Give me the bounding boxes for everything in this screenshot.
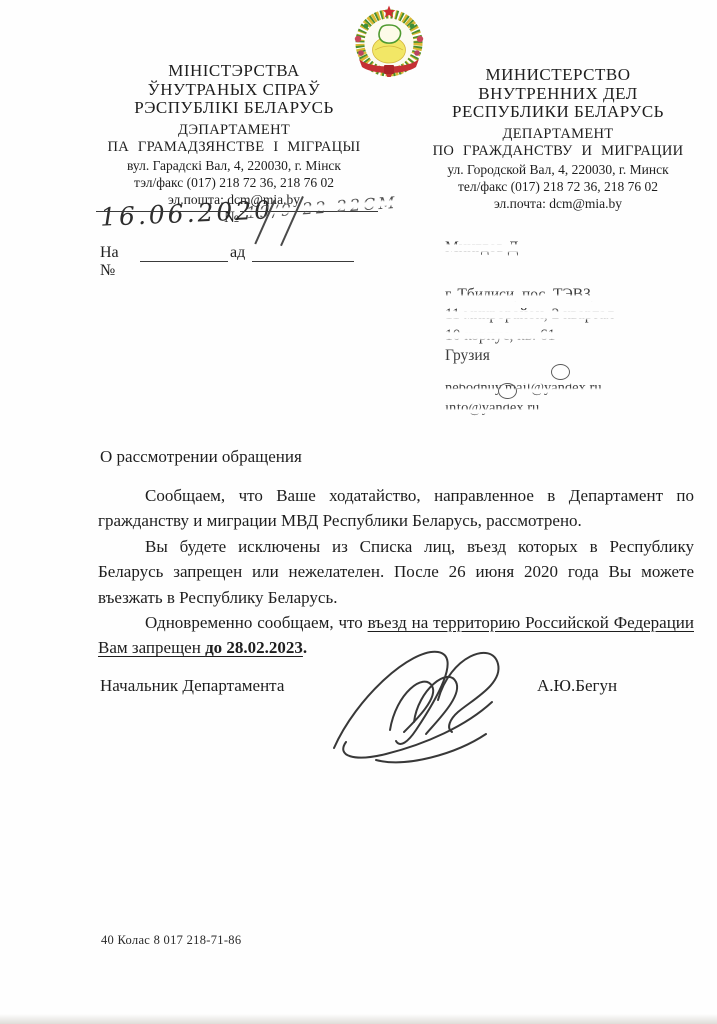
number-sign: № <box>224 209 239 227</box>
body-text: . <box>303 638 307 657</box>
dept-line: ДЭПАРТАМЕНТ <box>58 122 410 139</box>
recipient-email-redacted: info@yandex.ru <box>445 398 697 419</box>
body-paragraph: Вы будете исключены из Списка лиц, въезд… <box>98 534 694 610</box>
recipient-name-redacted: Мингдов Д <box>445 238 697 259</box>
reply-prefix-label: На № <box>100 244 119 280</box>
dept-line: ДЕПАРТАМЕНТ <box>408 126 708 143</box>
recipient-email-redacted: nebodnuy.mail@yandex.ru <box>445 378 697 399</box>
letter-body: Сообщаем, что Ваше ходатайство, направле… <box>98 483 694 661</box>
handwritten-signature <box>316 638 530 764</box>
recipient-country: Грузия <box>445 346 697 367</box>
recipient-block: Мингдов Д г. Тбилиси, пос. ТЭВЗ, 11 микр… <box>445 238 697 419</box>
org-phone: тэл/факс (017) 218 72 36, 218 76 02 <box>58 174 410 191</box>
body-text: Одновременно сообщаем, что <box>145 613 368 632</box>
org-line: РЕСПУБЛИКИ БЕЛАРУСЬ <box>408 103 708 122</box>
org-address: вул. Гарадскі Вал, 4, 220030, г. Мінск <box>58 157 410 174</box>
reply-from-label: ад <box>230 244 245 262</box>
ban-end-date: до 28.02.2023 <box>205 638 303 657</box>
signer-position-title: Начальник Департамента <box>100 676 284 696</box>
reply-date-blank-line <box>252 261 354 262</box>
reply-number-blank-line <box>140 261 228 262</box>
photo-bottom-edge <box>0 1014 717 1024</box>
recipient-address-redacted: 10 корпус, кв. 61 <box>445 326 697 347</box>
date-blank-line <box>96 211 228 212</box>
org-line: ЎНУТРАНЫХ СПРАЎ <box>58 81 410 100</box>
at-symbol-circle-annotation <box>498 383 517 399</box>
letterhead-belarusian: МІНІСТЭРСТВА ЎНУТРАНЫХ СПРАЎ РЭСПУБЛІКІ … <box>58 62 410 208</box>
org-line: МІНІСТЭРСТВА <box>58 62 410 81</box>
letter-page: МІНІСТЭРСТВА ЎНУТРАНЫХ СПРАЎ РЭСПУБЛІКІ … <box>0 0 717 1024</box>
letter-subject: О рассмотрении обращения <box>100 447 302 467</box>
org-line: МИНИСТЕРСТВО <box>408 66 708 85</box>
print-shop-code: 40 Колас 8 017 218-71-86 <box>101 933 241 948</box>
org-address: ул. Городской Вал, 4, 220030, г. Минск <box>408 161 708 178</box>
dept-line: ПО ГРАЖДАНСТВУ И МИГРАЦИИ <box>408 143 708 160</box>
org-line: РЭСПУБЛІКІ БЕЛАРУСЬ <box>58 99 410 118</box>
recipient-address-redacted: г. Тбилиси, пос. ТЭВЗ, <box>445 285 697 306</box>
signer-name: А.Ю.Бегун <box>537 676 617 696</box>
org-line: ВНУТРЕННИХ ДЕЛ <box>408 85 708 104</box>
at-symbol-circle-annotation <box>551 364 570 380</box>
recipient-address-redacted: 11 микрорайон, 2 квартал <box>445 305 697 326</box>
dept-line: ПА ГРАМАДЗЯНСТВЕ І МІГРАЦЫІ <box>58 139 410 156</box>
body-paragraph: Сообщаем, что Ваше ходатайство, направле… <box>98 483 694 534</box>
